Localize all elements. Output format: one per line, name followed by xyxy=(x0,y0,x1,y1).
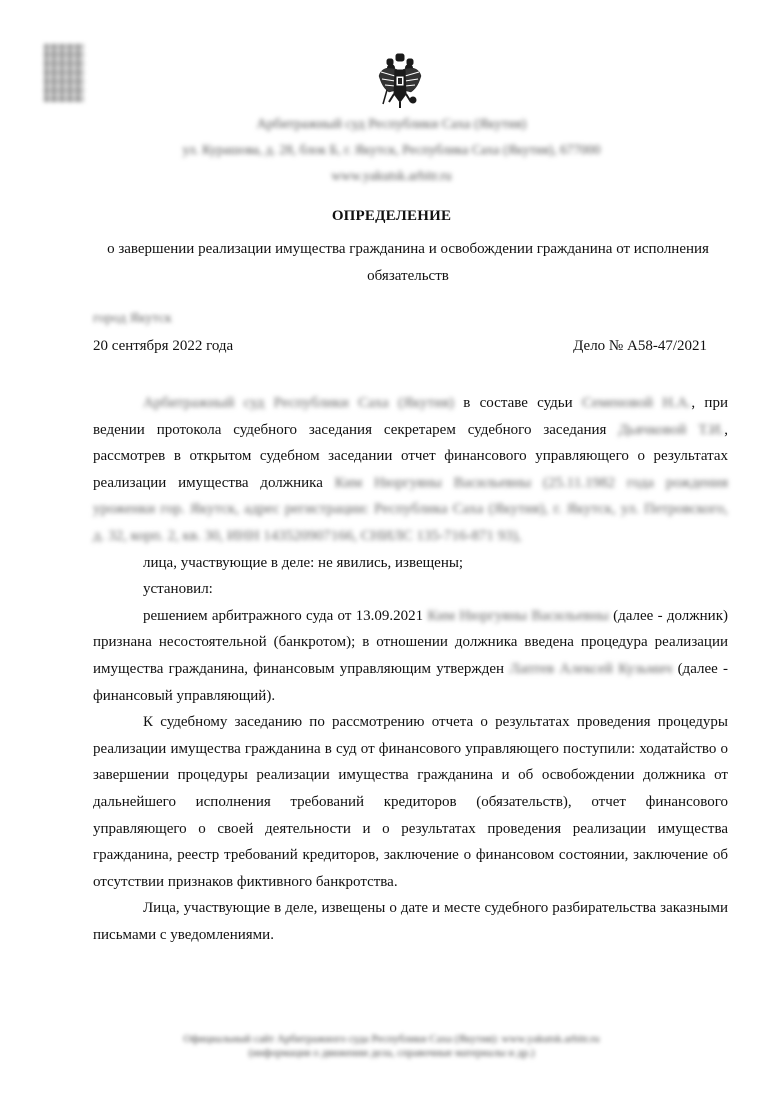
case-number: Дело № А58-47/2021 xyxy=(573,338,707,355)
qr-code-icon xyxy=(44,44,84,102)
redacted-debtor-name: Ким Нюргуяны Васильевны xyxy=(427,608,608,624)
document-title: ОПРЕДЕЛЕНИЕ xyxy=(0,208,783,225)
paragraph-established: установил: xyxy=(93,576,728,603)
paragraph-report: К судебному заседанию по рассмотрению от… xyxy=(93,709,728,895)
footer-line-2: (информация о движении дела, справочные … xyxy=(0,1046,783,1060)
redacted-judge: Семеновой Н.А. xyxy=(582,395,691,411)
court-address: ул. Курашова, д. 28, блок Б, г. Якутск, … xyxy=(0,142,783,158)
paragraph-notification: Лица, участвующие в деле, извещены о дат… xyxy=(93,895,728,948)
redacted-secretary: Дьячковой Т.И. xyxy=(618,422,724,438)
paragraph-decision: решением арбитражного суда от 13.09.2021… xyxy=(93,603,728,709)
document-body: Арбитражный суд Республики Саха (Якутия)… xyxy=(93,390,728,948)
paragraph-intro: Арбитражный суд Республики Саха (Якутия)… xyxy=(93,390,728,550)
page-footer: Официальный сайт Арбитражного суда Респу… xyxy=(0,1032,783,1060)
redacted-manager-name: Лаптев Алексей Кузьмич xyxy=(509,661,672,677)
footer-line-1: Официальный сайт Арбитражного суда Респу… xyxy=(0,1032,783,1046)
document-date: 20 сентября 2022 года xyxy=(93,338,233,355)
paragraph-participants: лица, участвующие в деле: не явились, из… xyxy=(93,550,728,577)
document-city: город Якутск xyxy=(93,311,172,327)
russian-coat-of-arms-icon xyxy=(377,52,423,110)
court-name: Арбитражный суд Республики Саха (Якутия) xyxy=(0,117,783,133)
redacted-court: Арбитражный суд Республики Саха (Якутия) xyxy=(143,395,454,411)
document-subtitle: о завершении реализации имущества гражда… xyxy=(88,236,728,290)
court-website: www.yakutsk.arbitr.ru xyxy=(0,168,783,184)
